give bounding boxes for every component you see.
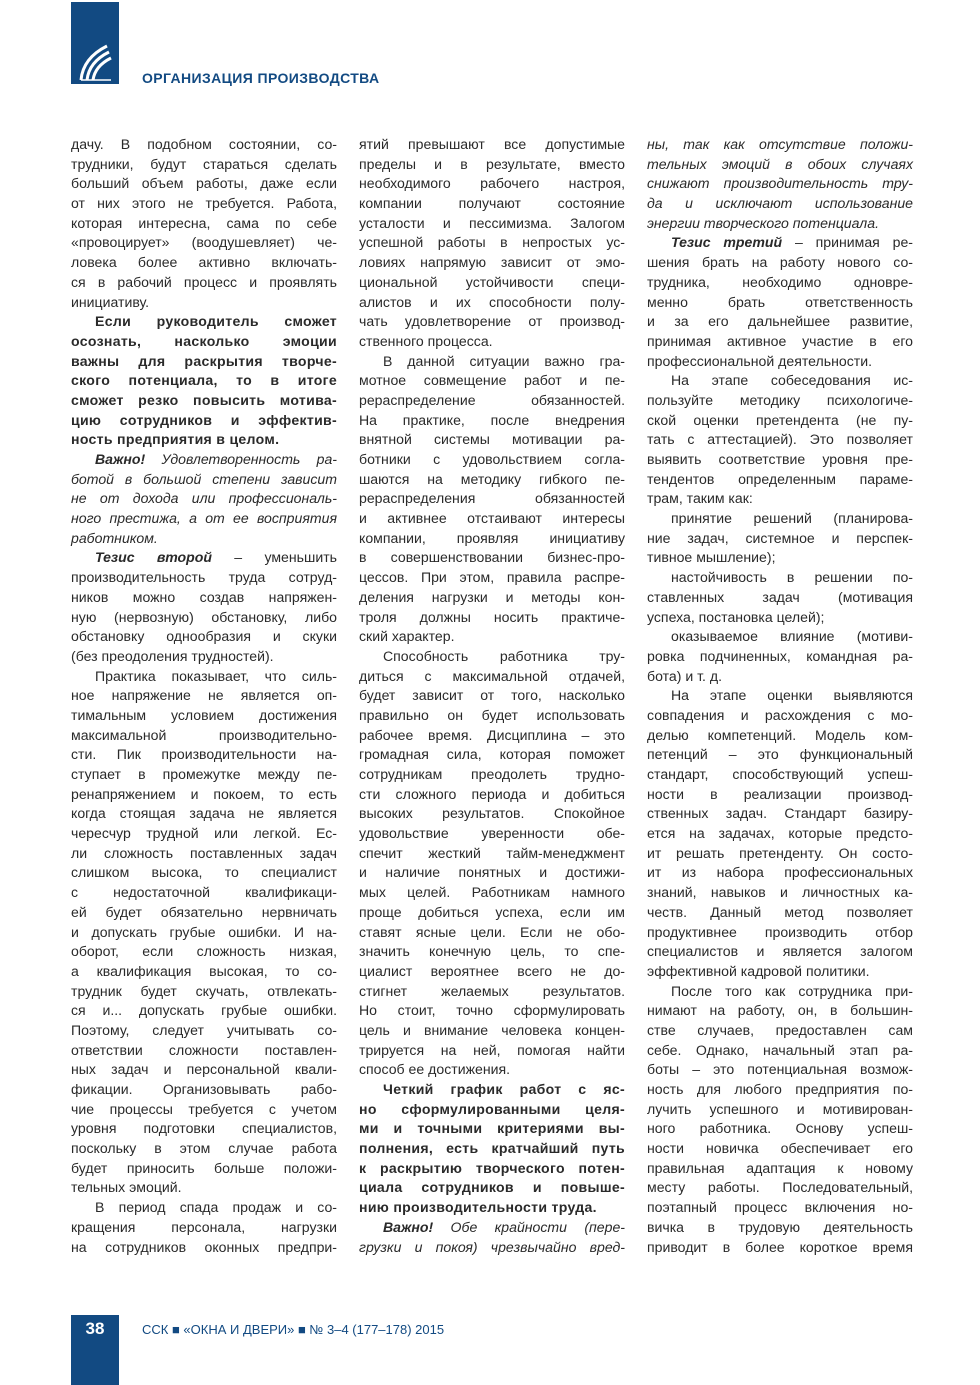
text-line: Практика показывает, что силь-: [71, 667, 337, 687]
text-line: вичка в трудовую деятельность: [647, 1218, 913, 1238]
text-line: ровка подчиненных, командная ра-: [647, 647, 913, 667]
text-line: Тезис второй – уменьшить: [71, 548, 337, 568]
text-line: трудника, необходимо одновре-: [647, 273, 913, 293]
text-line: совпадения и расхождения с мо-: [647, 706, 913, 726]
text-line: спечит жесткий тайм-менеджмент: [359, 844, 625, 864]
text-line: ся в рабочий процесс и проявлять: [71, 273, 337, 293]
text-line: в совершенствовании бизнес-про-: [359, 548, 625, 568]
text-line: шаются на методику гибкого пе-: [359, 470, 625, 490]
text-line: продуктивнее производить отбор: [647, 923, 913, 943]
text-line: Важно! Удовлетворенность ра-: [71, 450, 337, 470]
text-line: ников можно создав напряжен-: [71, 588, 337, 608]
text-line: удовольствие уверенности обе-: [359, 824, 625, 844]
text-line: ное напряжение не является оп-: [71, 686, 337, 706]
text-line: петенций – это функциональный: [647, 745, 913, 765]
text-line: троля должны носить практиче-: [359, 608, 625, 628]
lead-in: Важно!: [383, 1219, 433, 1235]
text-line: энергии творческого потенциала.: [647, 214, 913, 234]
company-logo-icon: [77, 40, 113, 82]
text-line: не от дохода или профессиональ-: [71, 489, 337, 509]
text-line: правильная адаптация к новому: [647, 1159, 913, 1179]
text-line: специалистов и является залогом: [647, 942, 913, 962]
text-line: ботой в большой степени зависит: [71, 470, 337, 490]
text-line: лучить успешного и мотивирован-: [647, 1100, 913, 1120]
text-line: мых целей. Работникам намного: [359, 883, 625, 903]
text-line: а квалификация высокая, то со-: [71, 962, 337, 982]
text-line: ит решать претенденту. Он состо-: [647, 844, 913, 864]
text-line: ренапряжением и покоем, то есть: [71, 785, 337, 805]
text-line: значить конечную цель, то спе-: [359, 942, 625, 962]
text-line: нимают на работу, он, в большин-: [647, 1001, 913, 1021]
text-line: рабочее время. Дисциплина – это: [359, 726, 625, 746]
text-line: тать с аттестацией). Это позволяет: [647, 430, 913, 450]
text-line: производительность труда сотруд-: [71, 568, 337, 588]
text-line: ся и... допускать грубые ошибки.: [71, 1001, 337, 1021]
text-line: месту работы. Последовательный,: [647, 1178, 913, 1198]
text-line: ности в реализации производ-: [647, 785, 913, 805]
text-line: и допускать грубые ошибки. И на-: [71, 923, 337, 943]
text-line: диться с максимальной отдачей,: [359, 667, 625, 687]
text-line: и активнее отстаивают интересы: [359, 509, 625, 529]
text-line: грузки и покоя) чрезвычайно вред-: [359, 1238, 625, 1258]
text-line: от них этого не требуется. Работа,: [71, 194, 337, 214]
text-line: успеха, постановка целей);: [647, 608, 913, 628]
text-line: приводит в более короткое время: [647, 1238, 913, 1258]
text-line: Четкий график работ с яс-: [359, 1080, 625, 1100]
text-line: осознать, насколько эмоции: [71, 332, 337, 352]
text-line: сотрудникам преодолеть трудно-: [359, 765, 625, 785]
text-line: цессов. При этом, правила распре-: [359, 568, 625, 588]
text-line: рераспределение обязанностей.: [359, 391, 625, 411]
article-column-2: ятий превышают все допустимыепределы и в…: [359, 135, 625, 1257]
text-line: слишком высока, то специалист: [71, 863, 337, 883]
text-line: ставят ясные цели. Если не обо-: [359, 923, 625, 943]
text-line: тимальным условием достижения: [71, 706, 337, 726]
text-line: инициативу.: [71, 293, 337, 313]
text-line: ботники с удовольствием согла-: [359, 450, 625, 470]
text-line: выявить соответствие уровня пре-: [647, 450, 913, 470]
text-line: правильно он будет использовать: [359, 706, 625, 726]
text-line: ского потенциала, то в итоге: [71, 371, 337, 391]
text-line: менно брать ответственность: [647, 293, 913, 313]
text-line: обстановку однообразия и скуки: [71, 627, 337, 647]
text-line: ных задач и персональной квали-: [71, 1060, 337, 1080]
text-line: делью компетенций. Модель ком-: [647, 726, 913, 746]
text-line: да и исключают использование: [647, 194, 913, 214]
article-column-3: ны, так как отсутствие положи-тельных эм…: [647, 135, 913, 1257]
lead-in: Тезис третий: [671, 234, 782, 250]
text-line: больший объем работы, даже если: [71, 174, 337, 194]
text-line: стигнет желаемых результатов.: [359, 982, 625, 1002]
text-line: На этапе оценки выявляются: [647, 686, 913, 706]
text-line: способ ее достижения.: [359, 1060, 625, 1080]
text-line: важны для раскрытия творче-: [71, 352, 337, 372]
text-line: деления нагрузки и методы кон-: [359, 588, 625, 608]
text-line: принятие решений (планирова-: [647, 509, 913, 529]
text-line: проще добиться успеха, если им: [359, 903, 625, 923]
text-line: компании, проявляя инициативу: [359, 529, 625, 549]
text-line: ответствии сложности поставлен-: [71, 1041, 337, 1061]
text-line: и наличие понятных и достижи-: [359, 863, 625, 883]
text-line: фикации. Организовывать рабо-: [71, 1080, 337, 1100]
text-line: высоких результатов. Спокойное: [359, 804, 625, 824]
text-line: чие процессы требуется с учетом: [71, 1100, 337, 1120]
text-line: поэтапный процесс включения но-: [647, 1198, 913, 1218]
text-line: цию сотрудников и эффектив-: [71, 411, 337, 431]
page-number-block: 38: [71, 1315, 119, 1385]
text-line: ятий превышают все допустимые: [359, 135, 625, 155]
text-line: оборот, если сложность низкая,: [71, 942, 337, 962]
text-line: эффективной кадровой политики.: [647, 962, 913, 982]
text-line: ловека более активно включать-: [71, 253, 337, 273]
text-line: успешной работы в непростых ус-: [359, 233, 625, 253]
text-line: Способность работника тру-: [359, 647, 625, 667]
text-line: ность для любого предприятия по-: [647, 1080, 913, 1100]
text-line: циала сотрудников и повыше-: [359, 1178, 625, 1198]
page-number: 38: [71, 1319, 119, 1339]
text-line: полнения, есть кратчайший путь: [359, 1139, 625, 1159]
text-line: уровня подготовки специалистов,: [71, 1119, 337, 1139]
text-line: На практике, после внедрения: [359, 411, 625, 431]
text-line: оказываемое влияние (мотиви-: [647, 627, 913, 647]
text-line: тивное мышление);: [647, 548, 913, 568]
publication-info: ССК ■ «ОКНА И ДВЕРИ» ■ № 3–4 (177–178) 2…: [142, 1322, 444, 1337]
text-line: ми и точными критериями вы-: [359, 1119, 625, 1139]
text-line: стве случаев, предоставлен сам: [647, 1021, 913, 1041]
lead-in: Тезис второй: [95, 549, 212, 565]
text-line: ется на задачах, которые предсто-: [647, 824, 913, 844]
text-line: ступает в промежутке между пе-: [71, 765, 337, 785]
text-line: работником.: [71, 529, 337, 549]
text-line: пределы и в результате, вместо: [359, 155, 625, 175]
text-line: знаний, навыков и личностных ка-: [647, 883, 913, 903]
text-line: честв. Данный метод позволяет: [647, 903, 913, 923]
text-line: пользуйте методику психологиче-: [647, 391, 913, 411]
text-line: нию производительности труда.: [359, 1198, 625, 1218]
text-line: тендентов определенным параме-: [647, 470, 913, 490]
text-line: боты – это потенциальная возмож-: [647, 1060, 913, 1080]
text-line: громадная сила, которая поможет: [359, 745, 625, 765]
text-line: снижают производительность тру-: [647, 174, 913, 194]
text-line: циалист вероятнее всего не до-: [359, 962, 625, 982]
text-line: ей будет обязательно нервничать: [71, 903, 337, 923]
text-line: чересчур трудной или легкой. Ес-: [71, 824, 337, 844]
text-line: сможет резко повысить мотива-: [71, 391, 337, 411]
lead-in: Важно!: [95, 451, 145, 467]
text-line: будет приносить больше положи-: [71, 1159, 337, 1179]
text-line: «провоцирует» (воодушевляет) че-: [71, 233, 337, 253]
text-line: когда стоящая задача не является: [71, 804, 337, 824]
text-line: ности новичка обеспечивает его: [647, 1139, 913, 1159]
text-line: бота) и т. д.: [647, 667, 913, 687]
text-line: принимая активное участие в его: [647, 332, 913, 352]
text-line: но сформулированными целя-: [359, 1100, 625, 1120]
text-line: необходимого рабочего настроя,: [359, 174, 625, 194]
text-line: шения брать на работу нового со-: [647, 253, 913, 273]
text-line: ской оценки претендента (не пу-: [647, 411, 913, 431]
text-line: дачу. В подобном состоянии, со-: [71, 135, 337, 155]
text-line: ли сложность поставленных задач: [71, 844, 337, 864]
text-line: ит из набора профессиональных: [647, 863, 913, 883]
text-line: Важно! Обе крайности (пере-: [359, 1218, 625, 1238]
text-line: Поэтому, следует учитывать со-: [71, 1021, 337, 1041]
text-line: на сотрудников оконных предпри-: [71, 1238, 337, 1258]
text-line: компании получают состояние: [359, 194, 625, 214]
text-line: внятной системы мотивации ра-: [359, 430, 625, 450]
text-line: тельных эмоций.: [71, 1178, 337, 1198]
text-line: ние задач, системное и перспек-: [647, 529, 913, 549]
text-line: которая интересна, сама по себе: [71, 214, 337, 234]
text-line: алистов и их способности полу-: [359, 293, 625, 313]
article-column-1: дачу. В подобном состоянии, со-трудники,…: [71, 135, 337, 1257]
text-line: ны, так как отсутствие положи-: [647, 135, 913, 155]
text-line: поскольку в этом случае работа: [71, 1139, 337, 1159]
text-line: трудники, будут стараться сделать: [71, 155, 337, 175]
text-line: и за его дальнейшее развитие,: [647, 312, 913, 332]
text-line: (без преодоления трудностей).: [71, 647, 337, 667]
text-line: рераспределения обязанностей: [359, 489, 625, 509]
text-line: мотное совмещение работ и пе-: [359, 371, 625, 391]
text-line: ность предприятия в целом.: [71, 430, 337, 450]
text-line: В период спада продаж и со-: [71, 1198, 337, 1218]
text-line: будет зависит от того, насколько: [359, 686, 625, 706]
text-line: к раскрытию творческого потен-: [359, 1159, 625, 1179]
logo-block: [71, 2, 119, 84]
text-line: усталости и пессимизма. Залогом: [359, 214, 625, 234]
text-line: ного престижа, а от ее восприятия: [71, 509, 337, 529]
section-title: ОРГАНИЗАЦИЯ ПРОИЗВОДСТВА: [142, 70, 380, 86]
text-line: сти сложного периода и добиться: [359, 785, 625, 805]
text-line: После того как сотрудника при-: [647, 982, 913, 1002]
text-line: кращения персонала, нагрузки: [71, 1218, 337, 1238]
text-line: ного работника. Основу успеш-: [647, 1119, 913, 1139]
text-line: трудник будет скучать, отвлекать-: [71, 982, 337, 1002]
text-line: ственных задач. Стандарт базиру-: [647, 804, 913, 824]
text-line: Если руководитель сможет: [71, 312, 337, 332]
text-line: цель и внимание человека концен-: [359, 1021, 625, 1041]
text-line: настойчивость в решении по-: [647, 568, 913, 588]
text-line: Тезис третий – принимая ре-: [647, 233, 913, 253]
text-line: стандарт, способствующий успеш-: [647, 765, 913, 785]
text-line: циональной устойчивости специ-: [359, 273, 625, 293]
text-line: Но стоит, точно сформулировать: [359, 1001, 625, 1021]
text-line: себе. Однако, начальный этап ра-: [647, 1041, 913, 1061]
text-line: ловиях напрямую зависит от эмо-: [359, 253, 625, 273]
text-line: На этапе собеседования ис-: [647, 371, 913, 391]
text-line: ставленных задач (мотивация: [647, 588, 913, 608]
text-line: ную (нервозную) обстановку, либо: [71, 608, 337, 628]
text-line: В данной ситуации важно гра-: [359, 352, 625, 372]
text-line: ственного процесса.: [359, 332, 625, 352]
text-line: трируется на ней, помогая найти: [359, 1041, 625, 1061]
text-line: ский характер.: [359, 627, 625, 647]
text-line: профессиональной деятельности.: [647, 352, 913, 372]
text-line: с недостаточной квалификаци-: [71, 883, 337, 903]
text-line: максимальной производительно-: [71, 726, 337, 746]
text-line: трам, таким как:: [647, 489, 913, 509]
text-line: тельных эмоций в обоих случаях: [647, 155, 913, 175]
text-line: сти. Пик производительности на-: [71, 745, 337, 765]
text-line: чать удовлетворение от производ-: [359, 312, 625, 332]
